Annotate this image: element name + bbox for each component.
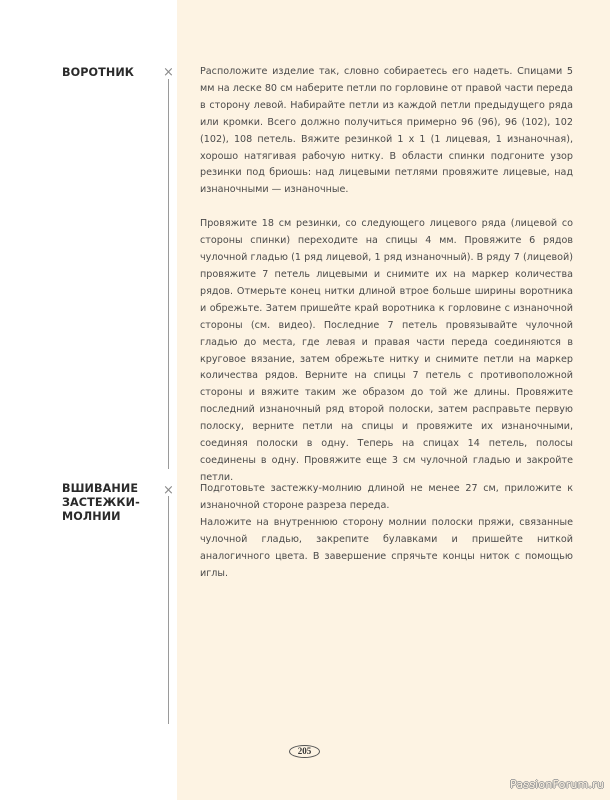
section-divider-line (168, 79, 169, 469)
section-heading-collar: ВОРОТНИК (62, 66, 157, 80)
page-number: 205 (289, 745, 320, 758)
paragraph: Подготовьте застежку-молнию длиной не ме… (200, 481, 573, 515)
section-body-collar: Расположите изделие так, словно собирает… (200, 64, 573, 487)
paragraph: Провяжите 18 см резинки, со следующего л… (200, 216, 573, 487)
section-divider-line (168, 496, 169, 724)
section-body-zipper: Подготовьте застежку-молнию длиной не ме… (200, 481, 573, 582)
section-marker-icon: × (163, 485, 174, 496)
watermark: PassionForum.ru (510, 778, 604, 791)
section-marker-icon: × (163, 67, 174, 78)
paragraph: Расположите изделие так, словно собирает… (200, 64, 573, 199)
section-heading-zipper: ВШИВАНИЕ ЗАСТЕЖКИ-МОЛНИИ (62, 482, 142, 524)
paragraph: Наложите на внутреннюю сторону молнии по… (200, 515, 573, 583)
